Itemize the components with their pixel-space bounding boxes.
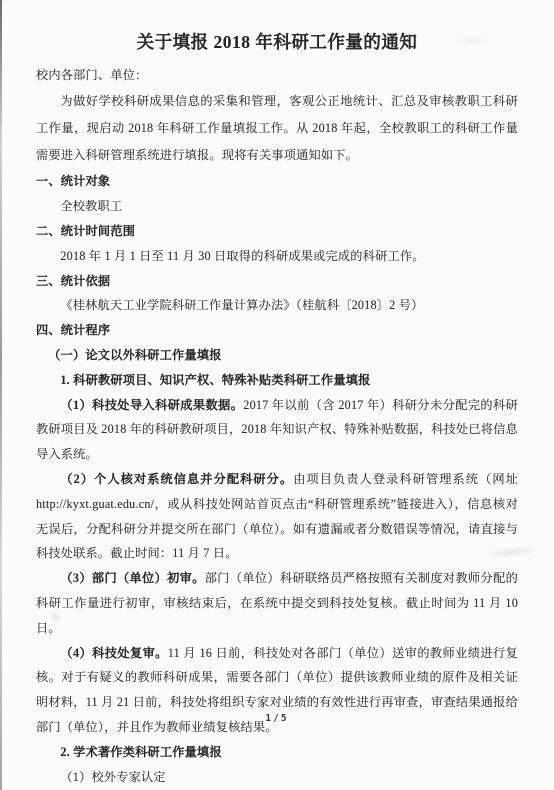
heading: 四、统计程序	[36, 318, 518, 343]
paragraph: （2）个人核对系统信息并分配科研分。由项目负责人登录科研管理系统（网址 http…	[36, 467, 518, 566]
document-title: 关于填报 2018 年科研工作量的通知	[36, 30, 518, 54]
paragraph: （3）部门（单位）初审。部门（单位）科研联络员严格按照有关制度对教师分配的科研工…	[36, 566, 518, 640]
heading: 三、统计依据	[36, 269, 518, 294]
paragraph: 为做好学校科研成果信息的采集和管理，客观公正地统计、汇总及审核教职工科研工作量，…	[36, 88, 518, 170]
document-content: 关于填报 2018 年科研工作量的通知 校内各部门、单位：为做好学校科研成果信息…	[0, 0, 554, 789]
heading: 2. 学术著作类科研工作量填报	[36, 740, 518, 765]
document-page: 关于填报 2018 年科研工作量的通知 校内各部门、单位：为做好学校科研成果信息…	[0, 0, 554, 790]
heading: 一、统计对象	[36, 169, 518, 194]
paragraph: （1）科技处导入科研成果数据。2017 年以前（含 2017 年）科研分未分配完…	[36, 393, 518, 467]
text-run: （1）科技处导入科研成果数据。	[60, 398, 243, 412]
heading: 1. 科研教研项目、知识产权、特殊补贴类科研工作量填报	[36, 368, 518, 393]
text-run: 2018 年 1 月 1 日至 11 月 30 日取得的科研成果或完成的科研工作…	[60, 249, 424, 263]
text-run: 二、统计时间范围	[36, 224, 135, 238]
paragraph: 全校教职工	[36, 194, 518, 219]
text-run: 《桂林航天工业学院科研工作量计算办法》（桂航科〔2018〕2 号）	[60, 298, 423, 312]
text-run: （1）校外专家认定	[60, 770, 165, 784]
text-run: （2）个人核对系统信息并分配科研分。	[60, 472, 293, 486]
page-number: 1/5	[0, 713, 554, 724]
text-run: 一、统计对象	[36, 174, 110, 188]
text-run: 三、统计依据	[36, 274, 110, 288]
heading: 二、统计时间范围	[36, 219, 518, 244]
text-run: （一）论文以外科研工作量填报	[48, 348, 221, 362]
heading: （一）论文以外科研工作量填报	[36, 343, 518, 368]
text-run: 校内各部门、单位：	[36, 68, 148, 82]
paragraph: （4）科技处复审。11 月 16 日前，科技处对各部门（单位）送审的教师业绩进行…	[36, 641, 518, 740]
paragraph: （1）校外专家认定	[36, 765, 518, 790]
text-run: （3）部门（单位）初审。	[60, 571, 204, 585]
text-run: 2. 学术著作类科研工作量填报	[60, 745, 221, 759]
paragraph: 2018 年 1 月 1 日至 11 月 30 日取得的科研成果或完成的科研工作…	[36, 244, 518, 269]
text-run: 四、统计程序	[36, 323, 110, 337]
text-run: 为做好学校科研成果信息的采集和管理，客观公正地统计、汇总及审核教职工科研工作量，…	[36, 94, 518, 162]
text-run: 1. 科研教研项目、知识产权、特殊补贴类科研工作量填报	[60, 373, 370, 387]
scan-edge-artifact	[0, 0, 2, 790]
document-lines: 校内各部门、单位：为做好学校科研成果信息的采集和管理，客观公正地统计、汇总及审核…	[36, 63, 518, 789]
salutation: 校内各部门、单位：	[36, 63, 518, 88]
paragraph: 《桂林航天工业学院科研工作量计算办法》（桂航科〔2018〕2 号）	[36, 293, 518, 318]
text-run: （4）科技处复审。	[60, 646, 167, 660]
text-run: 全校教职工	[60, 199, 122, 213]
